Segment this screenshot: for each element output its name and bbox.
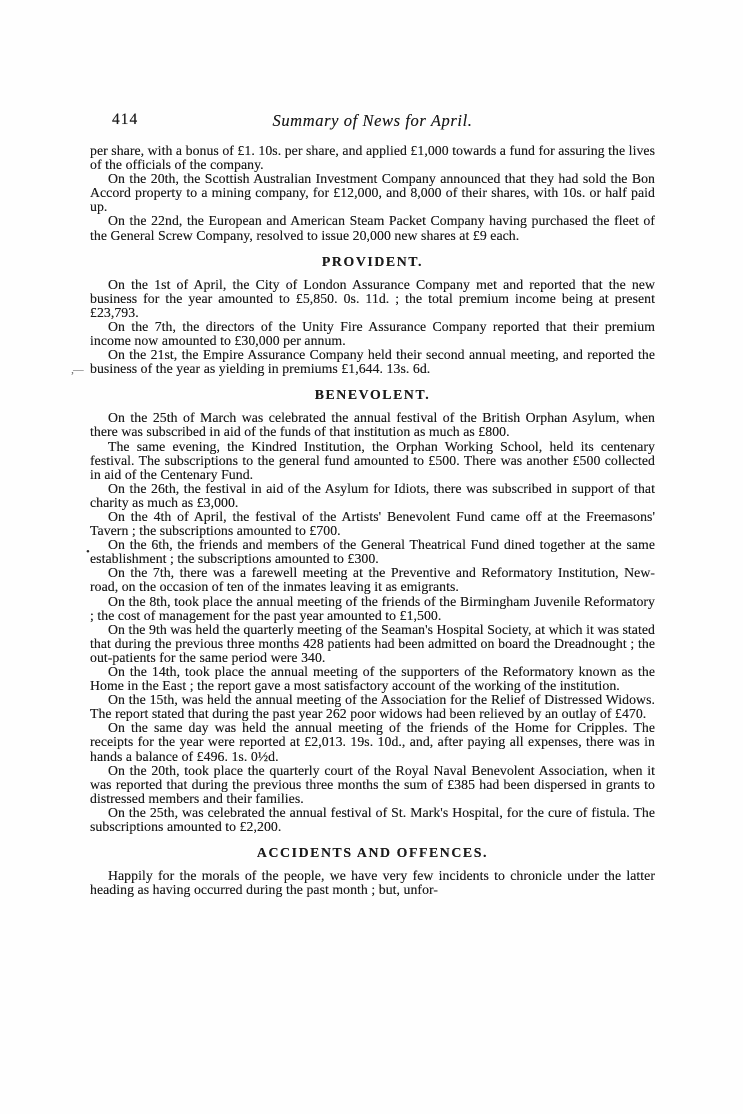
paragraph: On the 25th of March was celebrated the … xyxy=(90,411,655,439)
paragraph: On the 21st, the Empire Assurance Compan… xyxy=(90,348,655,376)
paragraph: On the 25th, was celebrated the annual f… xyxy=(90,806,655,834)
paragraph: On the 22nd, the European and American S… xyxy=(90,214,655,242)
paragraph: On the 7th, the directors of the Unity F… xyxy=(90,320,655,348)
paragraph: On the 6th, the friends and members of t… xyxy=(90,538,655,566)
running-title: Summary of News for April. xyxy=(90,111,655,131)
section-heading: PROVIDENT. xyxy=(90,254,655,269)
paragraph: Happily for the morals of the people, we… xyxy=(90,869,655,897)
paragraph: On the 7th, there was a farewell meeting… xyxy=(90,566,655,594)
text-column: 414 Summary of News for April. per share… xyxy=(90,111,655,897)
paragraph: On the same day was held the annual meet… xyxy=(90,721,655,763)
paragraph: On the 9th was held the quarterly meetin… xyxy=(90,623,655,665)
paragraph: On the 26th, the festival in aid of the … xyxy=(90,482,655,510)
section: ACCIDENTS AND OFFENCES.Happily for the m… xyxy=(90,845,655,897)
paragraph: per share, with a bonus of £1. 10s. per … xyxy=(90,144,655,172)
paragraph: On the 20th, the Scottish Australian Inv… xyxy=(90,172,655,214)
document-page: ,— • 414 Summary of News for April. per … xyxy=(0,0,743,1114)
section: BENEVOLENT.On the 25th of March was cele… xyxy=(90,387,655,834)
paragraph: On the 4th of April, the festival of the… xyxy=(90,510,655,538)
section: per share, with a bonus of £1. 10s. per … xyxy=(90,144,655,243)
paragraph: On the 8th, took place the annual meetin… xyxy=(90,595,655,623)
sections: per share, with a bonus of £1. 10s. per … xyxy=(90,144,655,897)
paragraph: On the 15th, was held the annual meeting… xyxy=(90,693,655,721)
paragraph: On the 20th, took place the quarterly co… xyxy=(90,764,655,806)
section-heading: BENEVOLENT. xyxy=(90,387,655,402)
paragraph: On the 1st of April, the City of London … xyxy=(90,278,655,320)
paragraph: On the 14th, took place the annual meeti… xyxy=(90,665,655,693)
section-heading: ACCIDENTS AND OFFENCES. xyxy=(90,845,655,860)
page-header: 414 Summary of News for April. xyxy=(90,111,655,130)
paragraph: The same evening, the Kindred Institutio… xyxy=(90,440,655,482)
section: PROVIDENT.On the 1st of April, the City … xyxy=(90,254,655,377)
margin-pencil-mark: ,— xyxy=(71,362,83,377)
page-number: 414 xyxy=(112,111,138,129)
